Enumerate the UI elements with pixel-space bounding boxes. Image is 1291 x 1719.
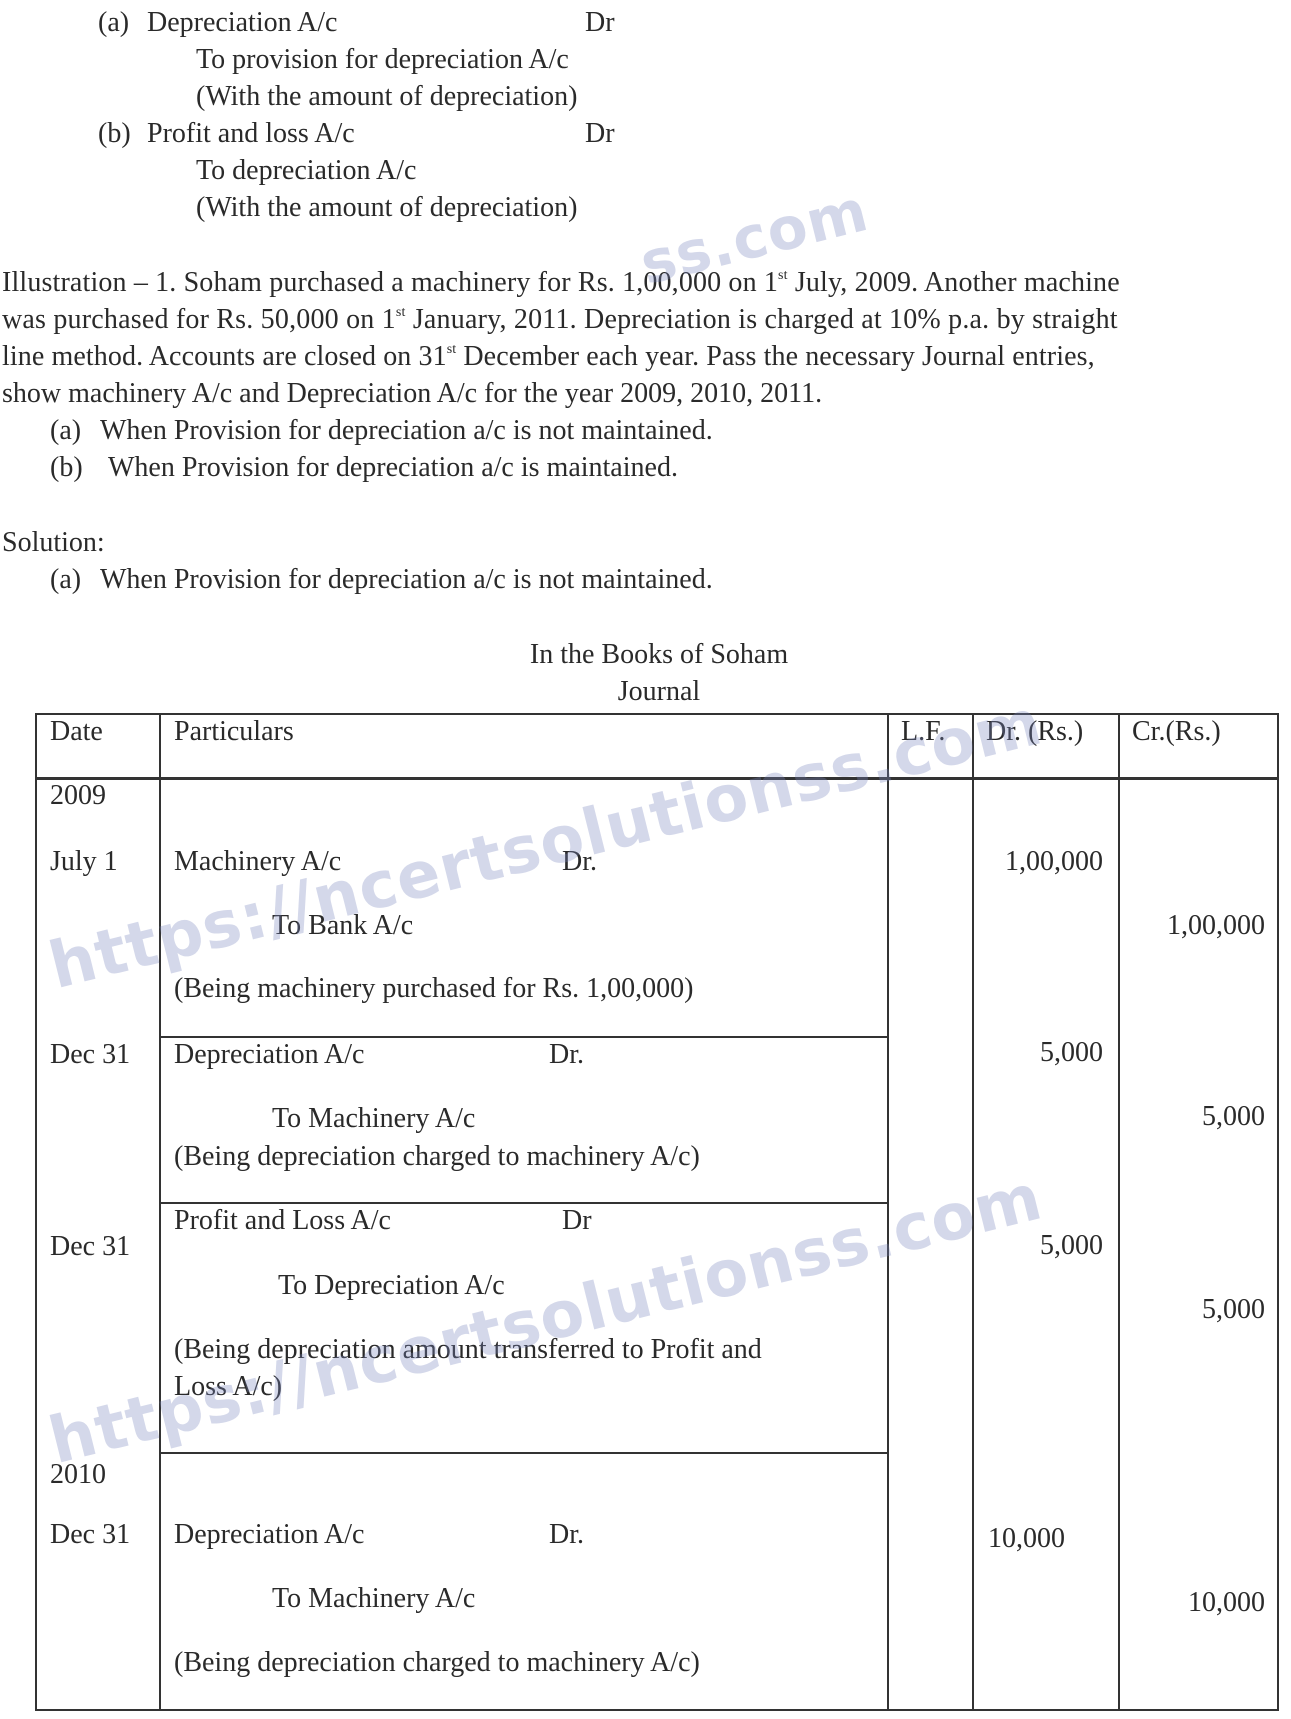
row-dr-marker: Dr bbox=[562, 1204, 592, 1238]
header-divider bbox=[35, 777, 1279, 780]
entry-b-debit: Profit and loss A/c bbox=[147, 117, 355, 151]
row-narration: (Being depreciation amount transferred t… bbox=[174, 1333, 762, 1367]
row-dr-marker: Dr. bbox=[549, 1038, 584, 1072]
row-year: 2010 bbox=[50, 1458, 106, 1492]
solution-part-text: When Provision for depreciation a/c is n… bbox=[100, 563, 713, 597]
entry-a-credit: To provision for depreciation A/c bbox=[196, 43, 569, 77]
option-a-label: (a) bbox=[50, 414, 81, 448]
header-lf: L.F. bbox=[901, 715, 945, 749]
row-dr-marker: Dr. bbox=[562, 845, 597, 879]
entry-b-dr: Dr bbox=[585, 117, 615, 151]
entry-b-narration: (With the amount of depreciation) bbox=[196, 191, 577, 225]
journal-title: In the Books of Soham bbox=[0, 638, 1291, 672]
row-date: Dec 31 bbox=[50, 1038, 130, 1072]
row-cr-amount: 1,00,000 bbox=[1167, 909, 1265, 943]
row-date: Dec 31 bbox=[50, 1518, 130, 1552]
row-cr-amount: 10,000 bbox=[1188, 1586, 1265, 1620]
row-separator bbox=[159, 1452, 888, 1454]
entry-b-credit: To depreciation A/c bbox=[196, 154, 416, 188]
row-credit-account: To Depreciation A/c bbox=[278, 1269, 505, 1303]
row-debit-account: Profit and Loss A/c bbox=[174, 1204, 391, 1238]
solution-heading: Solution: bbox=[2, 526, 105, 560]
row-debit-account: Depreciation A/c bbox=[174, 1518, 364, 1552]
row-cr-amount: 5,000 bbox=[1202, 1293, 1265, 1327]
header-cr: Cr.(Rs.) bbox=[1132, 715, 1221, 749]
entry-a-debit: Depreciation A/c bbox=[147, 6, 337, 40]
row-debit-account: Machinery A/c bbox=[174, 845, 341, 879]
illustration-line-1: Illustration – 1. Soham purchased a mach… bbox=[2, 266, 1120, 300]
col-divider-dr bbox=[1118, 713, 1120, 1711]
row-narration-cont: Loss A/c) bbox=[174, 1370, 282, 1404]
row-dr-amount: 1,00,000 bbox=[1005, 845, 1103, 879]
row-debit-account: Depreciation A/c bbox=[174, 1038, 364, 1072]
row-cr-amount: 5,000 bbox=[1202, 1100, 1265, 1134]
row-date: July 1 bbox=[50, 845, 118, 879]
col-divider-lf bbox=[972, 713, 974, 1711]
row-narration: (Being machinery purchased for Rs. 1,00,… bbox=[174, 972, 693, 1006]
row-dr-amount: 5,000 bbox=[1040, 1229, 1103, 1263]
entry-a-narration: (With the amount of depreciation) bbox=[196, 80, 577, 114]
row-credit-account: To Bank A/c bbox=[272, 909, 413, 943]
journal-subtitle: Journal bbox=[0, 675, 1291, 709]
header-date: Date bbox=[50, 715, 103, 749]
row-dr-amount: 5,000 bbox=[1040, 1036, 1103, 1070]
row-date: Dec 31 bbox=[50, 1230, 130, 1264]
row-dr-marker: Dr. bbox=[549, 1518, 584, 1552]
illustration-line-4: show machinery A/c and Depreciation A/c … bbox=[2, 377, 822, 411]
option-a-text: When Provision for depreciation a/c is n… bbox=[100, 414, 713, 448]
row-dr-amount: 10,000 bbox=[988, 1522, 1065, 1556]
col-divider-particulars bbox=[887, 713, 889, 1711]
illustration-line-3: line method. Accounts are closed on 31st… bbox=[2, 340, 1095, 374]
row-credit-account: To Machinery A/c bbox=[272, 1582, 475, 1616]
entry-a-label: (a) bbox=[98, 6, 129, 40]
header-dr: Dr. (Rs.) bbox=[986, 715, 1083, 749]
header-particulars: Particulars bbox=[174, 715, 294, 749]
entry-a-dr: Dr bbox=[585, 6, 615, 40]
illustration-line-2: was purchased for Rs. 50,000 on 1st Janu… bbox=[2, 303, 1118, 337]
row-narration: (Being depreciation charged to machinery… bbox=[174, 1646, 700, 1680]
option-b-label: (b) bbox=[50, 451, 83, 485]
entry-b-label: (b) bbox=[98, 117, 131, 151]
option-b-text: When Provision for depreciation a/c is m… bbox=[108, 451, 678, 485]
solution-part-label: (a) bbox=[50, 563, 81, 597]
row-year: 2009 bbox=[50, 779, 106, 813]
col-divider-date bbox=[159, 713, 161, 1711]
row-narration: (Being depreciation charged to machinery… bbox=[174, 1140, 700, 1174]
row-credit-account: To Machinery A/c bbox=[272, 1102, 475, 1136]
